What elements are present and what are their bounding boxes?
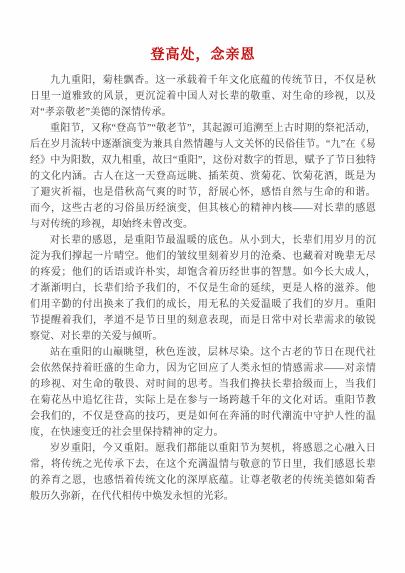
paragraph-closing: 岁岁重阳，今又重阳。愿我们都能以重阳节为契机，将感恩之心融入日常，将传统之光传承… — [30, 441, 376, 505]
document-title: 登高处，念亲恩 — [30, 44, 376, 64]
document-page: 登高处，念亲恩 九九重阳，菊桂飘香。这一承载着千年文化底蕴的传统节日，不仅是秋日… — [0, 0, 405, 573]
paragraph-intro: 九九重阳，菊桂飘香。这一承载着千年文化底蕴的传统节日，不仅是秋日里一道雅致的风景… — [30, 73, 376, 121]
document-body: 九九重阳，菊桂飘香。这一承载着千年文化底蕴的传统节日，不仅是秋日里一道雅致的风景… — [30, 73, 376, 505]
paragraph-modern-meaning: 站在重阳的山巅眺望，秋色连波，层林尽染。这个古老的节日在现代社会依然保持着旺盛的… — [30, 345, 376, 441]
paragraph-origin: 重阳节，又称“登高节”“敬老节”，其起源可追溯至上古时期的祭祀活动，后在岁月流转… — [30, 121, 376, 233]
paragraph-gratitude: 对长辈的感恩，是重阳节最温暖的底色。从小到大，长辈们用岁月的沉淀为我们撑起一片晴… — [30, 233, 376, 345]
